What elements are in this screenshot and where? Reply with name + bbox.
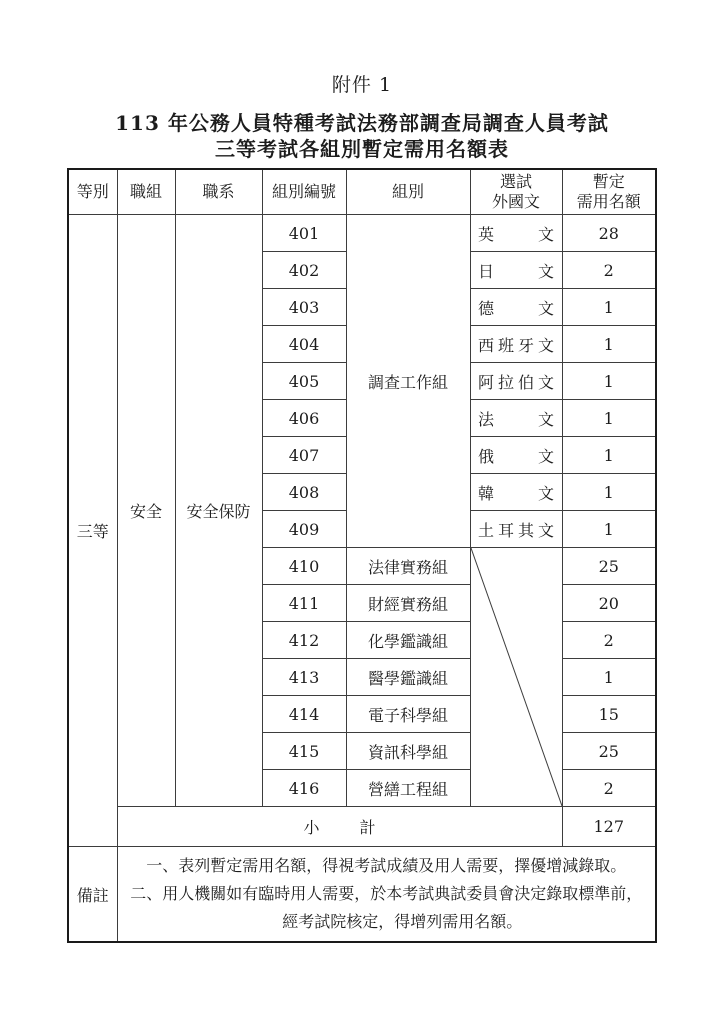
group-name-cell: 調查工作組 xyxy=(346,215,470,548)
notes-cell: 一、表列暫定需用名額，得視考試成績及用人需要，擇優增減錄取。 二、用人機關如有臨… xyxy=(117,847,656,943)
group-name-cell: 電子科學組 xyxy=(346,696,470,733)
quota-cell: 1 xyxy=(562,511,656,548)
job-series-cell: 安全保防 xyxy=(175,215,262,807)
page: 附件 1 113 年公務人員特種考試法務部調查局調查人員考試 三等考試各組別暫定… xyxy=(0,0,724,1024)
group-code-cell: 401 xyxy=(262,215,346,252)
language-text: 法文 xyxy=(478,407,554,430)
group-name-cell: 財經實務組 xyxy=(346,585,470,622)
language-text: 西班牙文 xyxy=(478,333,554,356)
language-cell: 英文 xyxy=(470,215,562,252)
language-text: 英文 xyxy=(478,222,554,245)
quota-cell: 2 xyxy=(562,770,656,807)
group-name-cell: 資訊科學組 xyxy=(346,733,470,770)
header-row: 等別 職組 職系 組別編號 組別 選試 外國文 暫定 需用名額 xyxy=(68,169,656,215)
language-text: 俄文 xyxy=(478,444,554,467)
group-code-cell: 410 xyxy=(262,548,346,585)
header-foreign-language-line2: 外國文 xyxy=(471,192,562,212)
note-line-3: 經考試院核定，得增列需用名額。 xyxy=(118,908,656,936)
subtotal-label-cell: 小計 xyxy=(117,807,562,847)
notes-label: 備註 xyxy=(68,847,117,943)
language-cell: 阿拉伯文 xyxy=(470,363,562,400)
group-code-cell: 413 xyxy=(262,659,346,696)
language-text: 土耳其文 xyxy=(478,518,554,541)
language-cell: 法文 xyxy=(470,400,562,437)
quota-cell: 1 xyxy=(562,326,656,363)
language-text: 日文 xyxy=(478,259,554,282)
group-code-cell: 409 xyxy=(262,511,346,548)
header-grade: 等別 xyxy=(68,169,117,215)
quota-table: 等別 職組 職系 組別編號 組別 選試 外國文 暫定 需用名額 三等 安全 安全… xyxy=(67,168,657,943)
quota-cell: 1 xyxy=(562,474,656,511)
doc-title: 113 年公務人員特種考試法務部調查局調查人員考試 三等考試各組別暫定需用名額表 xyxy=(0,110,724,162)
header-foreign-language-line1: 選試 xyxy=(471,172,562,192)
group-name-cell: 化學鑑識組 xyxy=(346,622,470,659)
group-code-cell: 404 xyxy=(262,326,346,363)
group-name-cell: 營繕工程組 xyxy=(346,770,470,807)
header-group-name: 組別 xyxy=(346,169,470,215)
group-code-cell: 415 xyxy=(262,733,346,770)
grade-cell: 三等 xyxy=(68,215,117,847)
header-foreign-language: 選試 外國文 xyxy=(470,169,562,215)
subtotal-row: 小計 127 xyxy=(68,807,656,847)
note-line-2: 二、用人機關如有臨時用人需要，於本考試典試委員會決定錄取標準前， xyxy=(118,880,656,908)
note-line-1: 一、表列暫定需用名額，得視考試成績及用人需要，擇優增減錄取。 xyxy=(118,852,656,880)
language-cell: 德文 xyxy=(470,289,562,326)
notes-row: 備註 一、表列暫定需用名額，得視考試成績及用人需要，擇優增減錄取。 二、用人機關… xyxy=(68,847,656,943)
header-group-code: 組別編號 xyxy=(262,169,346,215)
language-text: 韓文 xyxy=(478,481,554,504)
quota-cell: 1 xyxy=(562,363,656,400)
group-code-cell: 407 xyxy=(262,437,346,474)
language-cell: 西班牙文 xyxy=(470,326,562,363)
group-code-cell: 411 xyxy=(262,585,346,622)
group-code-cell: 416 xyxy=(262,770,346,807)
quota-cell: 20 xyxy=(562,585,656,622)
attachment-label: 附件 1 xyxy=(0,0,724,97)
language-text: 德文 xyxy=(478,296,554,319)
language-cell: 韓文 xyxy=(470,474,562,511)
language-cell: 日文 xyxy=(470,252,562,289)
quota-cell: 1 xyxy=(562,659,656,696)
header-job-series: 職系 xyxy=(175,169,262,215)
no-language-cell xyxy=(470,548,562,807)
subtotal-label: 小計 xyxy=(304,815,376,838)
quota-cell: 2 xyxy=(562,622,656,659)
group-code-cell: 408 xyxy=(262,474,346,511)
language-text: 阿拉伯文 xyxy=(478,370,554,393)
group-code-cell: 414 xyxy=(262,696,346,733)
header-quota: 暫定 需用名額 xyxy=(562,169,656,215)
quota-cell: 1 xyxy=(562,437,656,474)
quota-cell: 1 xyxy=(562,289,656,326)
group-name-cell: 醫學鑑識組 xyxy=(346,659,470,696)
quota-cell: 25 xyxy=(562,733,656,770)
diagonal-slash-icon xyxy=(471,548,562,806)
group-code-cell: 402 xyxy=(262,252,346,289)
quota-cell: 28 xyxy=(562,215,656,252)
group-code-cell: 406 xyxy=(262,400,346,437)
job-group-cell: 安全 xyxy=(117,215,175,807)
group-code-cell: 405 xyxy=(262,363,346,400)
table-row: 三等 安全 安全保防 401 調查工作組 英文 28 xyxy=(68,215,656,252)
group-code-cell: 412 xyxy=(262,622,346,659)
quota-cell: 2 xyxy=(562,252,656,289)
group-name-cell: 法律實務組 xyxy=(346,548,470,585)
header-job-group: 職組 xyxy=(117,169,175,215)
doc-title-line1: 113 年公務人員特種考試法務部調查局調查人員考試 xyxy=(0,110,724,136)
subtotal-value: 127 xyxy=(562,807,656,847)
header-quota-line2: 需用名額 xyxy=(563,192,656,212)
quota-cell: 25 xyxy=(562,548,656,585)
language-cell: 俄文 xyxy=(470,437,562,474)
group-code-cell: 403 xyxy=(262,289,346,326)
language-cell: 土耳其文 xyxy=(470,511,562,548)
quota-cell: 1 xyxy=(562,400,656,437)
quota-cell: 15 xyxy=(562,696,656,733)
header-quota-line1: 暫定 xyxy=(563,172,656,192)
doc-title-line2: 三等考試各組別暫定需用名額表 xyxy=(0,136,724,162)
